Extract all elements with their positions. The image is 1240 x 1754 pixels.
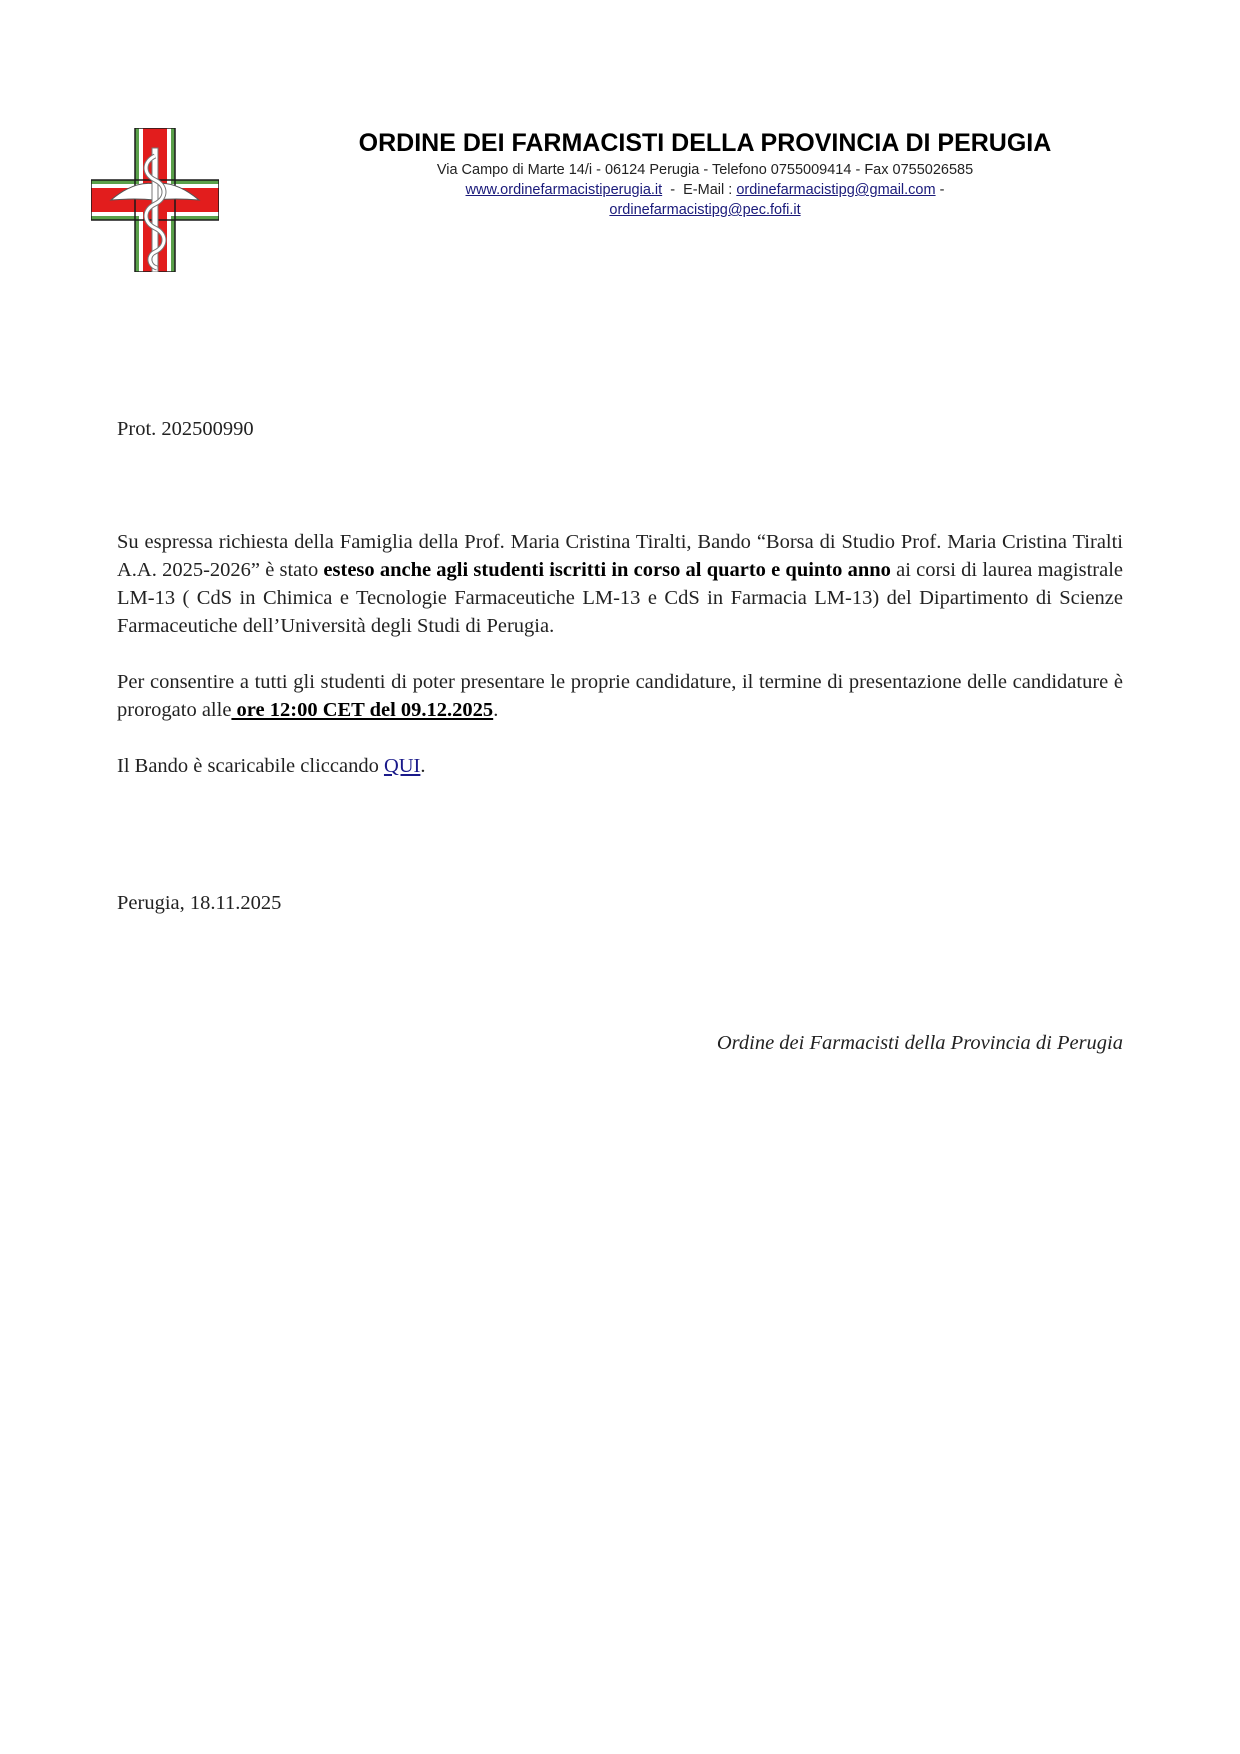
announcement-paragraph: Su espressa richiesta della Famiglia del… [117, 528, 1123, 640]
date-line: Perugia, 18.11.2025 [117, 892, 281, 915]
protocol-number: Prot. 202500990 [117, 418, 254, 441]
separator: - [666, 182, 683, 198]
para1-bold-text: esteso anche agli studenti iscritti in c… [323, 559, 891, 581]
deadline-date: ore 12:00 CET del 09.12.2025 [231, 699, 493, 721]
para3-text: Il Bando è scaricabile cliccando [117, 755, 384, 777]
pec-email-link[interactable]: ordinefarmacistipg@pec.fofi.it [609, 202, 800, 218]
para3-end: . [420, 755, 425, 777]
pec-line: ordinefarmacistipg@pec.fofi.it [335, 200, 1075, 220]
email-label: E-Mail : [683, 182, 732, 198]
download-paragraph: Il Bando è scaricabile cliccando QUI. [117, 752, 426, 780]
organization-title: ORDINE DEI FARMACISTI DELLA PROVINCIA DI… [335, 126, 1075, 160]
address-line: Via Campo di Marte 14/i - 06124 Perugia … [335, 160, 1075, 180]
deadline-paragraph: Per consentire a tutti gli studenti di p… [117, 668, 1123, 724]
website-link[interactable]: www.ordinefarmacistiperugia.it [466, 182, 663, 198]
signature: Ordine dei Farmacisti della Provincia di… [717, 1032, 1123, 1055]
separator: - [940, 182, 945, 198]
pharmacy-cross-caduceus-icon [91, 128, 219, 272]
letterhead: ORDINE DEI FARMACISTI DELLA PROVINCIA DI… [335, 126, 1075, 220]
download-link[interactable]: QUI [384, 755, 420, 777]
email-link[interactable]: ordinefarmacistipg@gmail.com [736, 182, 935, 198]
para2-end: . [493, 699, 498, 721]
contacts-line: www.ordinefarmacistiperugia.it - E-Mail … [335, 180, 1075, 200]
